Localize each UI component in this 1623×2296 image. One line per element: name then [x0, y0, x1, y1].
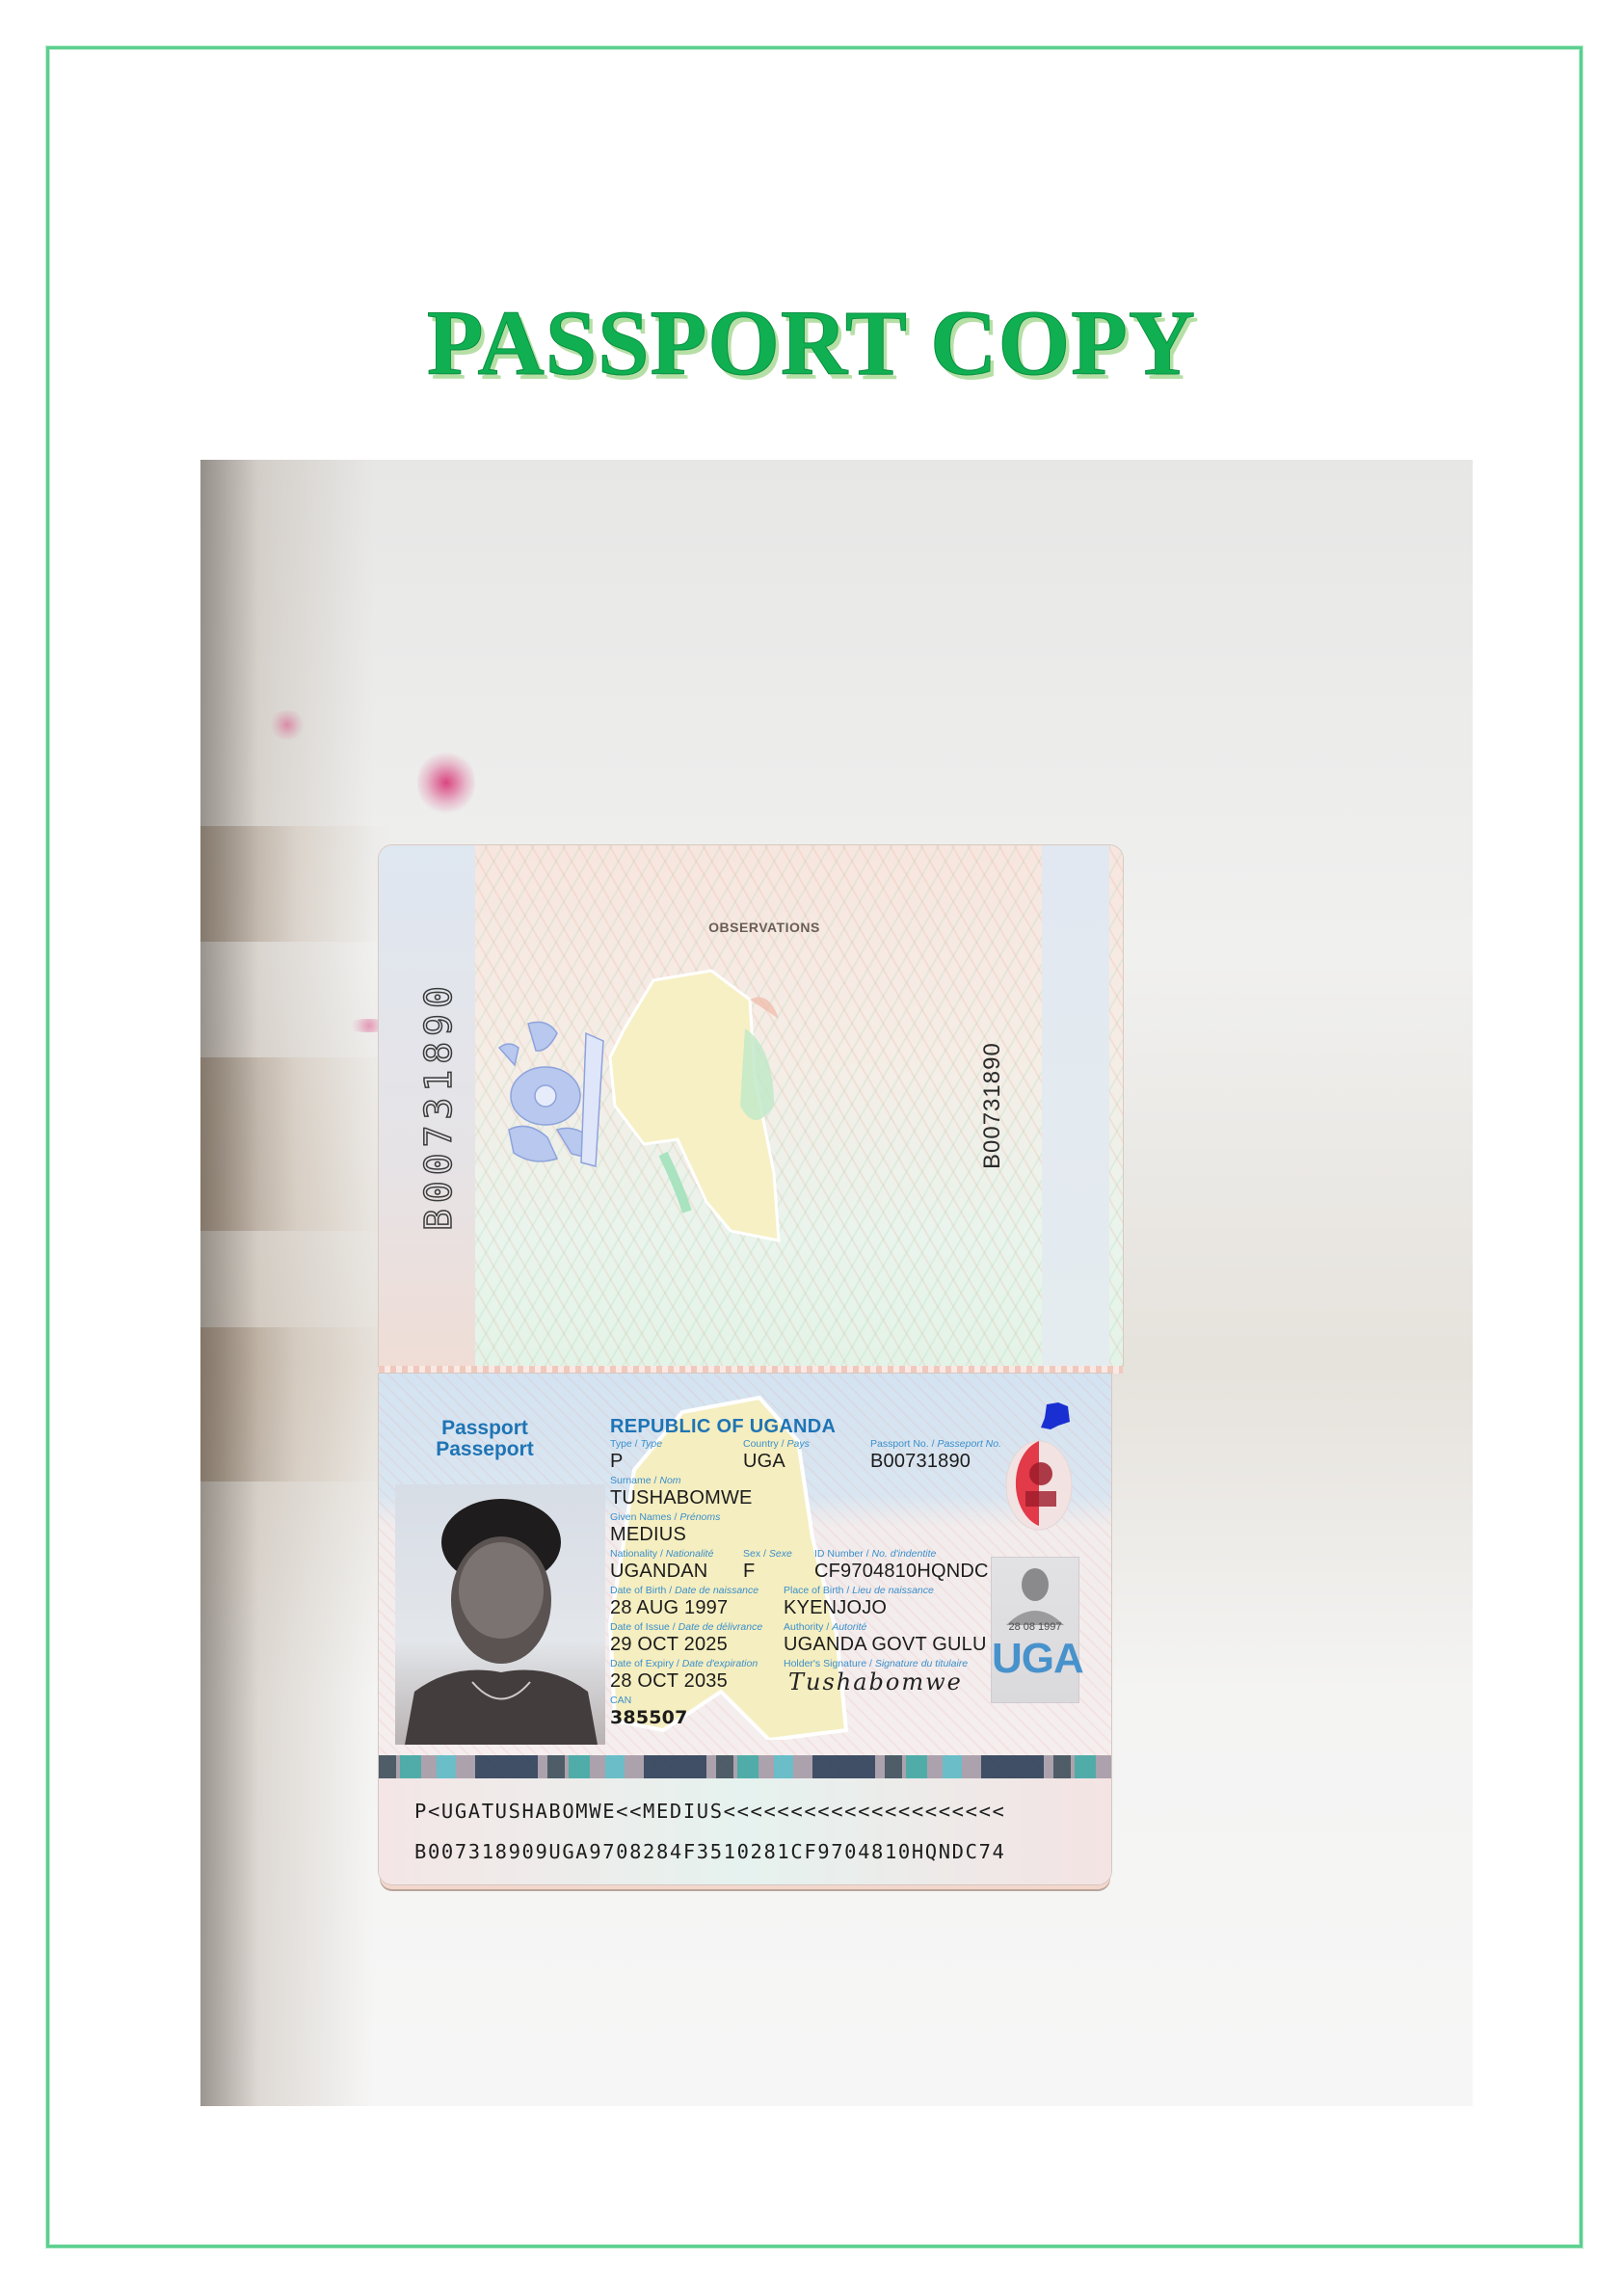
- nationality-label: Nationality / Nationalité: [610, 1548, 713, 1560]
- pob-label: Place of Birth / Lieu de naissance: [784, 1585, 934, 1596]
- printed-passport-number: B00731890: [978, 1038, 1007, 1173]
- ghost-image: 28 08 1997 UGA: [991, 1557, 1079, 1703]
- holder-signature: Tushabomwe: [788, 1669, 963, 1695]
- perforated-passport-number: B00731890: [419, 932, 458, 1279]
- pob-value: KYENJOJO: [784, 1597, 887, 1619]
- dob-label: Date of Birth / Date de naissance: [610, 1585, 758, 1596]
- issue-date-value: 29 OCT 2025: [610, 1634, 728, 1656]
- given-names-label: Given Names / Prénoms: [610, 1511, 720, 1523]
- security-window: [1004, 1439, 1074, 1532]
- id-number-label: ID Number / No. d'indentite: [814, 1548, 936, 1560]
- label-en: Passport: [408, 1418, 562, 1439]
- type-label: Type / Type: [610, 1438, 662, 1450]
- security-thread-strip: [379, 1755, 1111, 1778]
- expiry-date-label: Date of Expiry / Date d'expiration: [610, 1658, 758, 1669]
- id-number-value: CF9704810HQNDC: [814, 1561, 989, 1583]
- uganda-map-icon: [1039, 1401, 1074, 1431]
- scan-shadow-band: [200, 1327, 393, 1482]
- authority-label: Authority / Autorité: [784, 1621, 866, 1633]
- country-value: UGA: [743, 1451, 785, 1473]
- scan-shadow-band: [200, 1057, 393, 1231]
- scanned-image: B00731890 OBSERVATIONS B00: [200, 460, 1473, 2106]
- authority-value: UGANDA GOVT GULU: [784, 1634, 987, 1656]
- ghost-country-code: UGA: [992, 1635, 1078, 1683]
- issuing-country: REPUBLIC OF UGANDA: [610, 1416, 836, 1438]
- sex-value: F: [743, 1561, 755, 1583]
- sex-label: Sex / Sexe: [743, 1548, 792, 1560]
- holder-photo: [395, 1484, 605, 1745]
- passport-no-value: B00731890: [870, 1451, 971, 1473]
- label-fr: Passeport: [408, 1439, 562, 1460]
- type-value: P: [610, 1451, 624, 1473]
- ink-stain: [417, 749, 475, 816]
- observations-page: B00731890 OBSERVATIONS B00: [379, 845, 1123, 1366]
- document-type-label: Passport Passeport: [408, 1418, 562, 1460]
- country-label: Country / Pays: [743, 1438, 810, 1450]
- portrait-icon: [395, 1484, 605, 1745]
- surname-label: Surname / Nom: [610, 1475, 681, 1486]
- page-margin-strip: [1042, 845, 1109, 1366]
- dob-value: 28 AUG 1997: [610, 1597, 728, 1619]
- given-names-value: MEDIUS: [610, 1524, 686, 1546]
- observations-heading: OBSERVATIONS: [668, 920, 861, 935]
- ghost-portrait-icon: [992, 1558, 1078, 1625]
- ink-stain: [268, 710, 306, 739]
- can-value: 385507: [610, 1707, 688, 1728]
- expiry-date-value: 28 OCT 2035: [610, 1670, 728, 1693]
- ghost-date: 28 08 1997: [992, 1621, 1078, 1633]
- passport-booklet: B00731890 OBSERVATIONS B00: [379, 845, 1123, 1896]
- scan-shadow-band: [200, 826, 393, 942]
- mrz-line-1: P<UGATUSHABOMWE<<MEDIUS<<<<<<<<<<<<<<<<<…: [414, 1800, 1005, 1823]
- page-fold: [379, 1366, 1123, 1374]
- data-page: Passport Passeport REPUBLIC OF UGANDA Ty…: [379, 1374, 1111, 1884]
- can-label: CAN: [610, 1695, 631, 1706]
- document-title: PASSPORT COPY: [0, 289, 1623, 396]
- machine-readable-zone: P<UGATUSHABOMWE<<MEDIUS<<<<<<<<<<<<<<<<<…: [379, 1778, 1111, 1884]
- mrz-line-2: B007318909UGA9708284F3510281CF9704810HQN…: [414, 1840, 1005, 1863]
- nationality-value: UGANDAN: [610, 1561, 707, 1583]
- issue-date-label: Date of Issue / Date de délivrance: [610, 1621, 762, 1633]
- passport-no-label: Passport No. / Passeport No.: [870, 1438, 1001, 1450]
- uganda-map-watermark: [586, 961, 788, 1250]
- surname-value: TUSHABOMWE: [610, 1487, 753, 1509]
